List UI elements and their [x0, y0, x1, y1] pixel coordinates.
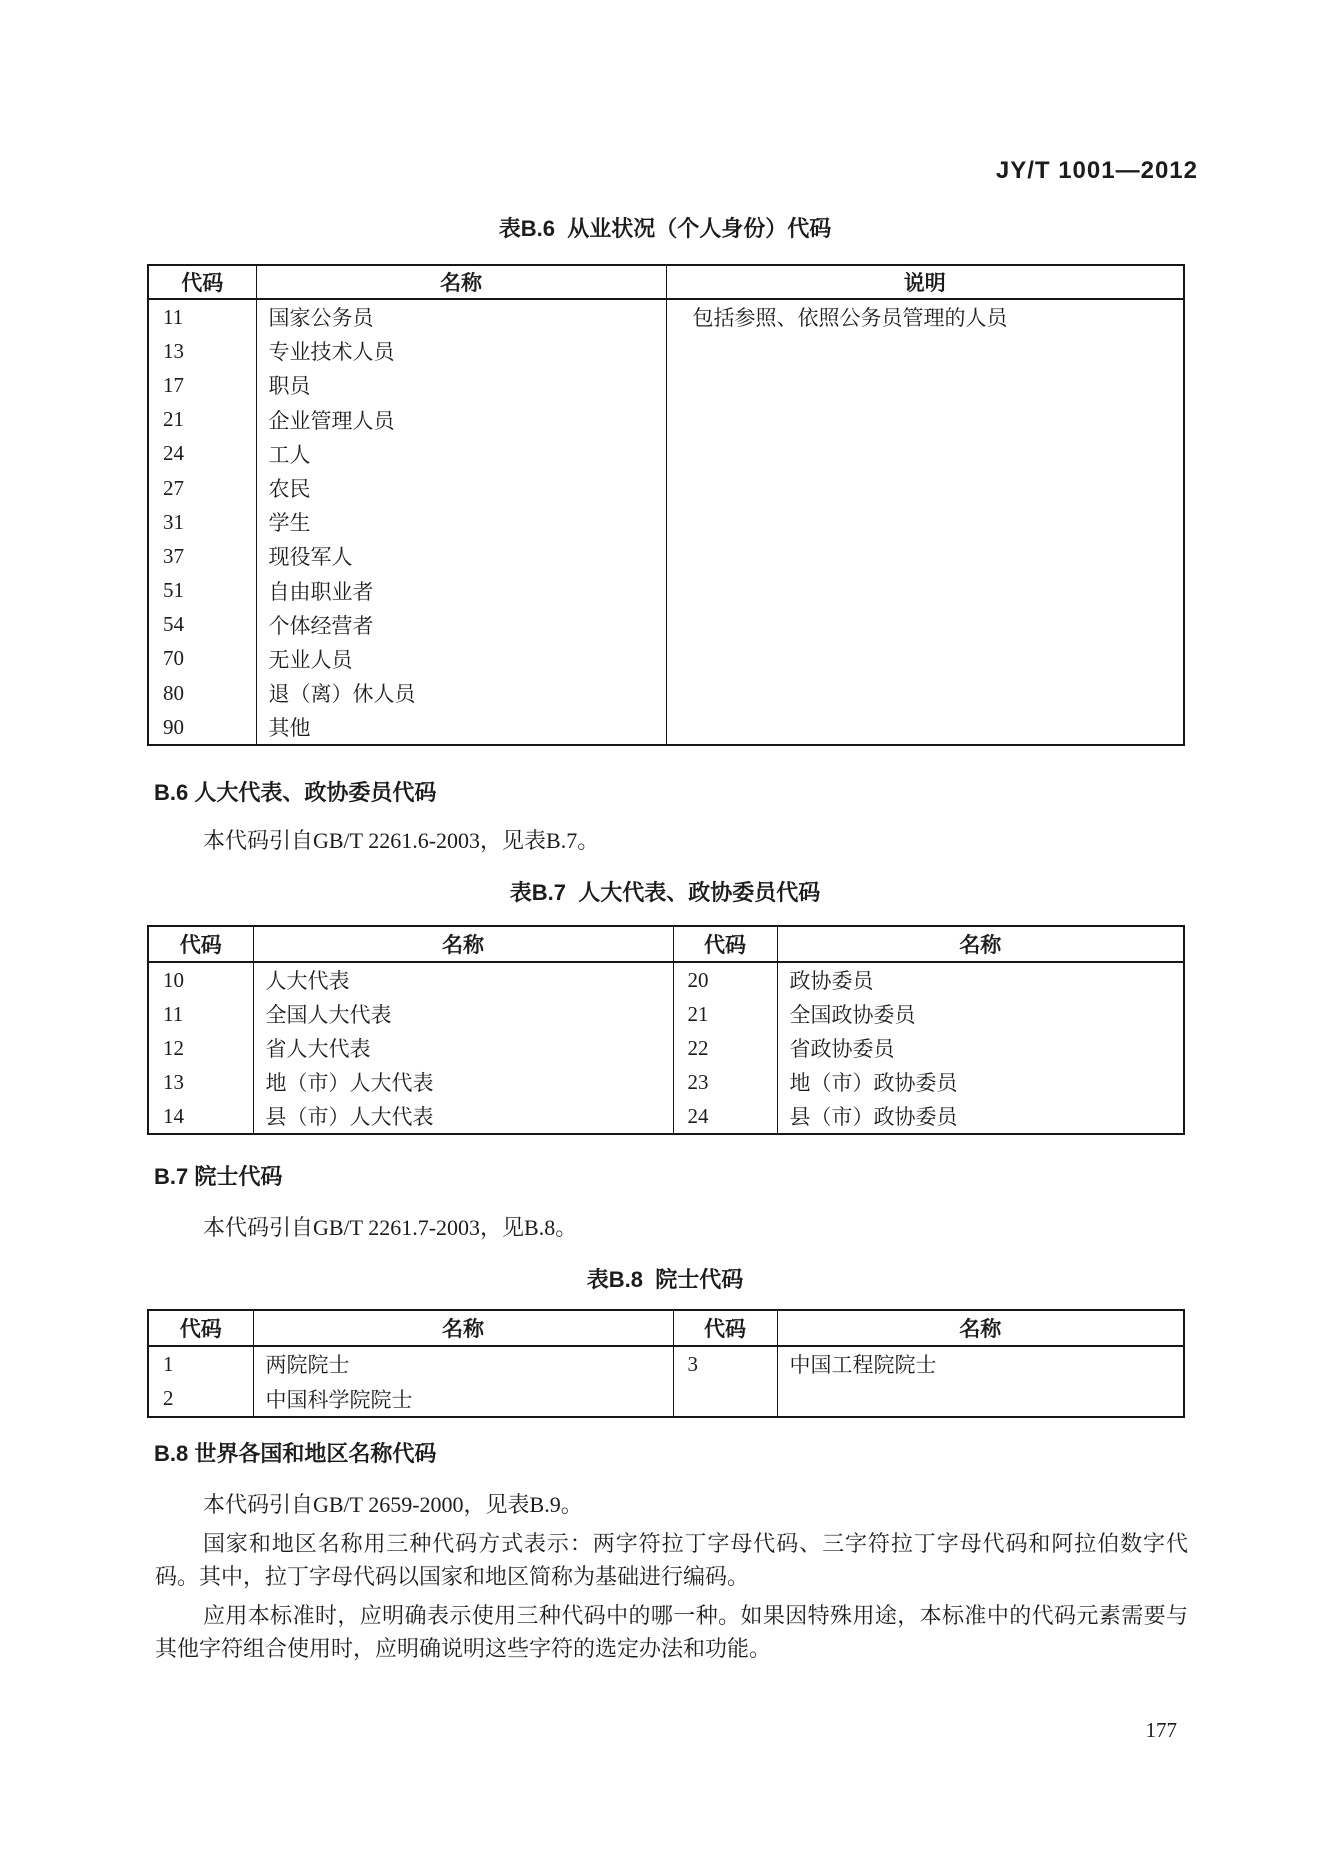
- table-row: 21企业管理人员: [148, 403, 1184, 437]
- cell-code: 3: [673, 1346, 777, 1382]
- cell-name: 省人大代表: [253, 1031, 673, 1065]
- cell-code: 24: [148, 437, 256, 471]
- table-row: 2中国科学院院士: [148, 1382, 1184, 1418]
- cell-desc: [666, 471, 1184, 505]
- table-header-row: 代码 名称 代码 名称: [148, 1310, 1184, 1346]
- cell-name: 地（市）人大代表: [253, 1065, 673, 1099]
- table-row: 11全国人大代表21全国政协委员: [148, 997, 1184, 1031]
- b6-col-name: 名称: [256, 265, 666, 299]
- cell-code: 1: [148, 1346, 253, 1382]
- table-b7-title: 表B.7 人大代表、政协委员代码: [147, 876, 1183, 907]
- cell-name: 职员: [256, 368, 666, 402]
- cell-code: 37: [148, 539, 256, 573]
- cell-desc: [666, 710, 1184, 745]
- cell-name: 农民: [256, 471, 666, 505]
- section-b7-heading: B.7 院士代码: [154, 1160, 282, 1191]
- table-row: 90其他: [148, 710, 1184, 745]
- cell-code: 11: [148, 997, 253, 1031]
- section-b8-body: 本代码引自GB/T 2659-2000，见表B.9。 国家和地区名称用三种代码方…: [155, 1488, 1188, 1671]
- cell-name: 工人: [256, 437, 666, 471]
- section-b7-paragraph: 本代码引自GB/T 2261.7-2003，见B.8。: [155, 1211, 1186, 1244]
- b8-col-code-left: 代码: [148, 1310, 253, 1346]
- cell-code: 12: [148, 1031, 253, 1065]
- b7-col-code-right: 代码: [673, 926, 777, 962]
- cell-code: 51: [148, 574, 256, 608]
- cell-code: 27: [148, 471, 256, 505]
- cell-name: 人大代表: [253, 962, 673, 997]
- table-row: 17职员: [148, 368, 1184, 402]
- table-row: 80退（离）休人员: [148, 676, 1184, 710]
- cell-desc: [666, 368, 1184, 402]
- cell-desc: [666, 642, 1184, 676]
- cell-desc: 包括参照、依照公务员管理的人员: [666, 299, 1184, 334]
- table-row: 24工人: [148, 437, 1184, 471]
- cell-code: 24: [673, 1099, 777, 1134]
- cell-name: 政协委员: [777, 962, 1184, 997]
- cell-name: 专业技术人员: [256, 334, 666, 368]
- table-row: 13地（市）人大代表23地（市）政协委员: [148, 1065, 1184, 1099]
- cell-code: 90: [148, 710, 256, 745]
- cell-code: 14: [148, 1099, 253, 1134]
- cell-name: 企业管理人员: [256, 403, 666, 437]
- table-b7: 代码 名称 代码 名称 10人大代表20政协委员 11全国人大代表21全国政协委…: [147, 925, 1185, 1135]
- table-row: 51自由职业者: [148, 574, 1184, 608]
- cell-code: 23: [673, 1065, 777, 1099]
- cell-code: 13: [148, 1065, 253, 1099]
- cell-name: 省政协委员: [777, 1031, 1184, 1065]
- cell-name: 无业人员: [256, 642, 666, 676]
- table-row: 54个体经营者: [148, 608, 1184, 642]
- section-b8-paragraph-3: 应用本标准时，应明确表示使用三种代码中的哪一种。如果因特殊用途，本标准中的代码元…: [155, 1599, 1188, 1665]
- cell-name: 全国人大代表: [253, 997, 673, 1031]
- table-b8: 代码 名称 代码 名称 1两院院士3中国工程院院士 2中国科学院院士: [147, 1309, 1185, 1418]
- table-row: 27农民: [148, 471, 1184, 505]
- cell-code: 13: [148, 334, 256, 368]
- b8-col-name-right: 名称: [777, 1310, 1184, 1346]
- cell-desc: [666, 403, 1184, 437]
- table-row: 10人大代表20政协委员: [148, 962, 1184, 997]
- table-row: 70无业人员: [148, 642, 1184, 676]
- cell-name: 自由职业者: [256, 574, 666, 608]
- table-row: 1两院院士3中国工程院院士: [148, 1346, 1184, 1382]
- section-b8-paragraph-2: 国家和地区名称用三种代码方式表示：两字符拉丁字母代码、三字符拉丁字母代码和阿拉伯…: [155, 1527, 1188, 1593]
- b8-col-name-left: 名称: [253, 1310, 673, 1346]
- table-row: 13专业技术人员: [148, 334, 1184, 368]
- cell-desc: [666, 539, 1184, 573]
- cell-name: 县（市）政协委员: [777, 1099, 1184, 1134]
- table-header-row: 代码 名称 代码 名称: [148, 926, 1184, 962]
- b6-col-desc: 说明: [666, 265, 1184, 299]
- cell-name: 国家公务员: [256, 299, 666, 334]
- cell-name: 中国科学院院士: [253, 1382, 673, 1418]
- cell-name: 其他: [256, 710, 666, 745]
- cell-code: 22: [673, 1031, 777, 1065]
- page-number: 177: [1146, 1718, 1178, 1743]
- cell-name: 退（离）休人员: [256, 676, 666, 710]
- cell-code: 2: [148, 1382, 253, 1418]
- cell-desc: [666, 334, 1184, 368]
- table-row: 12省人大代表22省政协委员: [148, 1031, 1184, 1065]
- cell-desc: [666, 676, 1184, 710]
- doc-ref: JY/T 1001—2012: [996, 157, 1198, 185]
- cell-code: 20: [673, 962, 777, 997]
- table-row: 37现役军人: [148, 539, 1184, 573]
- cell-code: 21: [673, 997, 777, 1031]
- cell-name: 个体经营者: [256, 608, 666, 642]
- table-b8-title: 表B.8 院士代码: [147, 1263, 1183, 1294]
- b7-col-code-left: 代码: [148, 926, 253, 962]
- cell-code: 80: [148, 676, 256, 710]
- cell-code: 10: [148, 962, 253, 997]
- b7-col-name-left: 名称: [253, 926, 673, 962]
- cell-name: 现役军人: [256, 539, 666, 573]
- cell-name: 全国政协委员: [777, 997, 1184, 1031]
- section-b6-heading: B.6 人大代表、政协委员代码: [154, 776, 436, 807]
- b6-col-code: 代码: [148, 265, 256, 299]
- cell-code: 11: [148, 299, 256, 334]
- cell-desc: [666, 574, 1184, 608]
- cell-name: 中国工程院院士: [777, 1346, 1184, 1382]
- cell-desc: [666, 608, 1184, 642]
- b7-col-name-right: 名称: [777, 926, 1184, 962]
- cell-code: [673, 1382, 777, 1418]
- b8-col-code-right: 代码: [673, 1310, 777, 1346]
- cell-code: 54: [148, 608, 256, 642]
- cell-name: 县（市）人大代表: [253, 1099, 673, 1134]
- page: JY/T 1001—2012 表B.6 从业状况（个人身份）代码 代码 名称 说…: [0, 0, 1323, 1871]
- cell-name: 学生: [256, 505, 666, 539]
- table-row: 11国家公务员包括参照、依照公务员管理的人员: [148, 299, 1184, 334]
- table-header-row: 代码 名称 说明: [148, 265, 1184, 299]
- cell-code: 21: [148, 403, 256, 437]
- table-b6-title: 表B.6 从业状况（个人身份）代码: [147, 212, 1183, 243]
- section-b6-paragraph: 本代码引自GB/T 2261.6-2003，见表B.7。: [155, 824, 1186, 857]
- table-row: 14县（市）人大代表24县（市）政协委员: [148, 1099, 1184, 1134]
- cell-name: 两院院士: [253, 1346, 673, 1382]
- cell-name: [777, 1382, 1184, 1418]
- cell-desc: [666, 505, 1184, 539]
- table-row: 31学生: [148, 505, 1184, 539]
- section-b8-heading: B.8 世界各国和地区名称代码: [154, 1437, 436, 1468]
- cell-code: 70: [148, 642, 256, 676]
- cell-code: 31: [148, 505, 256, 539]
- cell-desc: [666, 437, 1184, 471]
- table-b6: 代码 名称 说明 11国家公务员包括参照、依照公务员管理的人员 13专业技术人员…: [147, 264, 1185, 746]
- cell-name: 地（市）政协委员: [777, 1065, 1184, 1099]
- section-b8-paragraph-1: 本代码引自GB/T 2659-2000，见表B.9。: [155, 1488, 1188, 1521]
- cell-code: 17: [148, 368, 256, 402]
